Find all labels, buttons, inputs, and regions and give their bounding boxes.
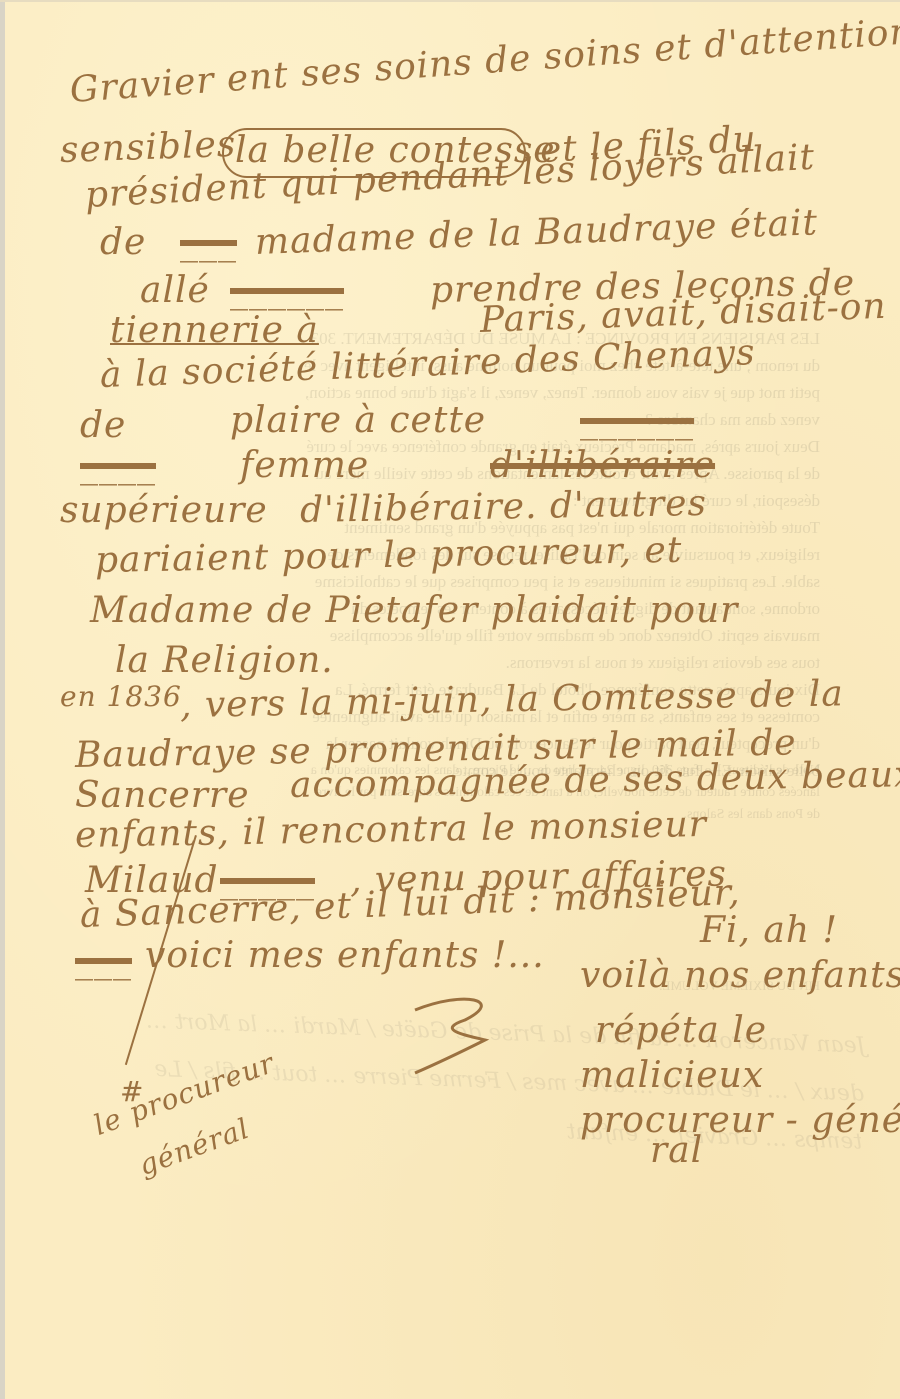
flourish-mark — [405, 995, 525, 1075]
line-20b: Fi, ah ! — [700, 910, 838, 951]
line-8b: plaire à cette — [230, 400, 486, 441]
line-8a: de — [80, 405, 126, 446]
page-edge-top — [0, 0, 900, 2]
line-20a: voici mes enfants !... — [145, 935, 545, 976]
line-9a: femme — [240, 445, 369, 486]
line-12: Madame de Pietafer plaidait pour — [90, 590, 738, 631]
line-14a: en 1836 — [60, 680, 182, 713]
manuscript-page: LES PARISIENS EN PROVINCE : LA MUSE DU D… — [0, 0, 900, 1399]
line-6a: tiennerie à — [110, 310, 319, 351]
line-4-struck: ___ — [180, 222, 237, 263]
line-13: la Religion. — [115, 640, 334, 681]
line-2a: sensibles — [59, 124, 237, 171]
line-4a: de — [100, 222, 146, 263]
line-21: voilà nos enfants, — [580, 955, 900, 996]
line-16a: Sancerre — [75, 775, 250, 816]
line-4b: madame de la Baudraye était — [254, 202, 818, 263]
line-9b: d'illibéraire — [490, 445, 715, 486]
line-20-struck: ___ — [75, 940, 132, 981]
line-5-struck: ______ — [230, 270, 344, 311]
line-23: malicieux — [580, 1055, 764, 1096]
line-5a: allé — [140, 270, 210, 311]
line-10b: d'illibéraire. d'autres — [300, 483, 708, 531]
line-8-struck: ______ — [580, 400, 694, 441]
line-1: Gravier ent ses soins de soins et d'atte… — [69, 10, 900, 111]
line-25: ral — [650, 1130, 703, 1171]
line-22: répéta le — [595, 1010, 767, 1051]
line-24: procureur - géné- — [580, 1100, 900, 1141]
line-9-struck-left: ____ — [80, 445, 156, 486]
line-10a: supérieure — [60, 490, 268, 531]
page-edge — [0, 0, 5, 1399]
